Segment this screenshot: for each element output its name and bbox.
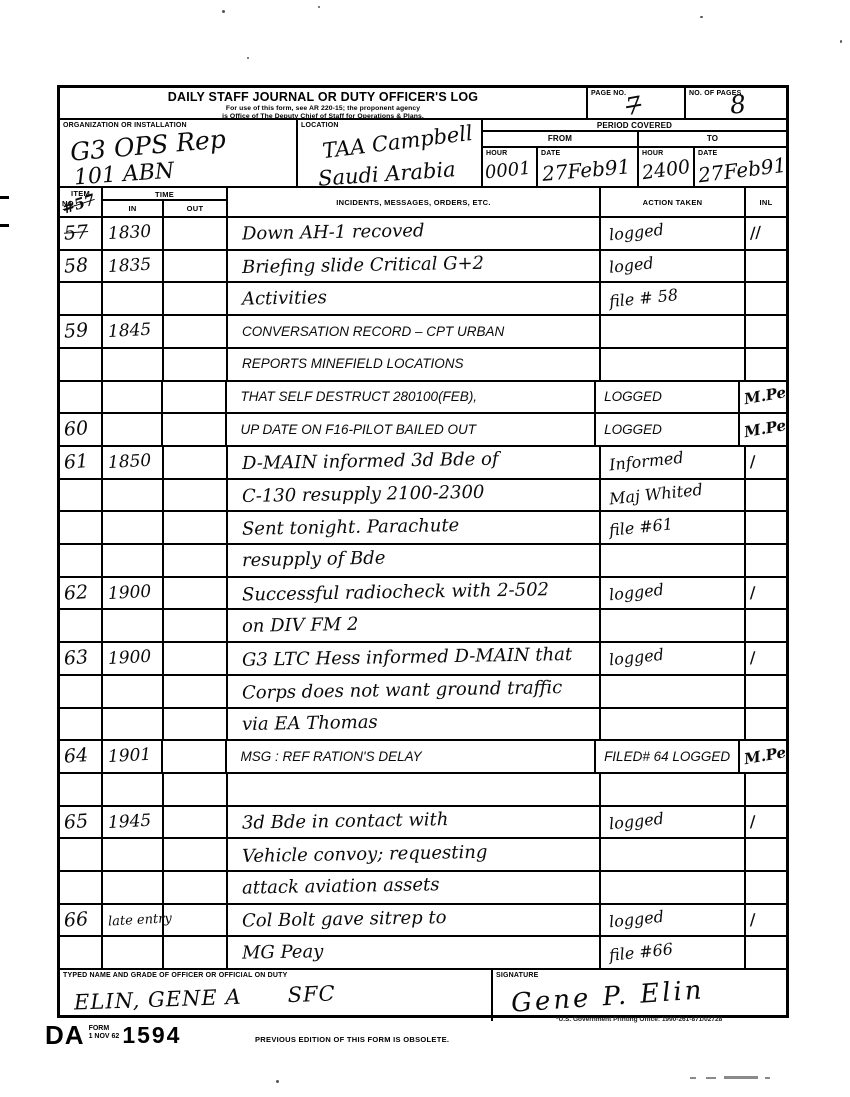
scan-dash [724,1076,758,1079]
row-action-cell: Informed [601,447,746,478]
row-time-out-cell [164,512,228,543]
row-time-out-cell [164,774,228,805]
row-initials-cell-text: ∕ [745,454,757,470]
journal-row: 60UP DATE ON F16-PILOT BAILED OUTLOGGEDM… [60,414,786,447]
row-time-in-cell [103,610,164,641]
journal-row: resupply of Bde [60,545,786,578]
form-number: 1594 [122,1024,181,1047]
journal-row: Vehicle convoy; requesting [60,839,786,872]
journal-row: 6519453d Bde in contact withlogged∕ [60,807,786,840]
row-incident-cell-text: Corps does not want ground traffic [228,679,563,703]
row-time-in-cell: 1850 [103,447,164,478]
row-item-cell: 64 [60,741,103,772]
row-incident-cell-text: via EA Thomas [228,714,378,735]
row-item-cell-text: 58 [59,256,88,277]
row-incident-cell: MG Peay [228,937,601,968]
scan-speck [276,1080,279,1083]
row-action-cell [601,349,746,380]
row-item-cell: 58 [60,251,103,282]
title-block: DAILY STAFF JOURNAL OR DUTY OFFICER'S LO… [60,88,588,118]
row-time-in-cell: 1900 [103,643,164,674]
row-incident-cell: Vehicle convoy; requesting [228,839,601,870]
from-hour-label: HOUR [483,148,536,157]
row-action-cell: file #61 [601,512,746,543]
row-action-cell-text [601,364,609,365]
row-incident-cell: C-130 resupply 2100-2300 [228,480,601,511]
row-action-cell-text: file #66 [600,941,673,964]
scan-mark [0,224,9,227]
row-time-out-cell [164,937,228,968]
row-incident-cell: Briefing slide Critical G+2 [228,251,601,282]
row-item-cell [60,839,103,870]
row-action-cell: loged [601,251,746,282]
row-time-in-cell-text: late entry [103,912,172,929]
scanned-da-form-1594-page: DAILY STAFF JOURNAL OR DUTY OFFICER'S LO… [0,0,850,1097]
form-word: FORM [89,1025,120,1033]
row-action-cell: LOGGED [596,414,740,445]
row-incident-cell-text: Down AH-1 recoved [228,223,425,244]
row-action-cell-text: Maj Whited [600,482,703,509]
journal-row: 621900Successful radiocheck with 2-502lo… [60,578,786,611]
row-item-cell [60,382,103,413]
period-covered-label: PERIOD COVERED [483,120,786,132]
row-incident-cell: REPORTS MINEFIELD LOCATIONS [228,349,601,380]
item-col-header: ITEM NO. #57 [60,188,103,216]
inl-col-header: INL [746,188,786,216]
row-incident-cell-text: Vehicle convoy; requesting [228,843,488,866]
row-item-cell [60,610,103,641]
row-initials-cell-text [746,266,750,267]
row-initials-cell [746,676,786,707]
row-initials-cell [746,774,786,805]
row-initials-cell-text: ∕∕ [745,225,762,242]
row-action-cell-text [601,691,609,692]
out-label: OUT [164,201,226,216]
row-action-cell-text [601,560,609,561]
row-time-in-cell-text: 1835 [103,256,152,276]
from-to-row: FROM TO [483,132,786,148]
incidents-label: INCIDENTS, MESSAGES, ORDERS, ETC. [336,198,491,207]
row-initials-cell [746,872,786,903]
row-incident-cell-text: Briefing slide Critical G+2 [228,255,484,277]
row-item-cell [60,774,103,805]
scan-dash [706,1077,716,1079]
journal-row: Sent tonight. Parachutefile #61 [60,512,786,545]
row-time-out-cell [164,643,228,674]
page-no-box: PAGE NO. 7 [588,88,686,118]
row-action-cell: logged [601,905,746,936]
row-initials-cell: ∕ [746,905,786,936]
row-time-out-cell [164,610,228,641]
row-initials-cell-text: M.Pe [739,745,787,768]
journal-row: 631900G3 LTC Hess informed D-MAIN thatlo… [60,643,786,676]
journal-row: attack aviation assets [60,872,786,905]
signature-value: Gene P. Elin [510,977,705,1016]
row-time-out-cell [164,480,228,511]
row-incident-cell: D-MAIN informed 3d Bde of [228,447,601,478]
row-time-in-cell-text: 1850 [103,453,152,473]
row-time-in-cell [103,709,164,740]
to-date-value: 27Feb91 [697,155,787,186]
row-time-in-cell: 1830 [103,218,164,249]
row-time-out-cell [164,839,228,870]
row-incident-cell: resupply of Bde [228,545,601,576]
from-date-value: 27Feb91 [541,156,631,184]
row-action-cell-text: logged [600,222,664,244]
journal-row: THAT SELF DESTRUCT 280100(FEB),LOGGEDM.P… [60,382,786,415]
journal-row: 66late entryCol Bolt gave sitrep tologge… [60,905,786,938]
row-initials-cell: ∕ [746,807,786,838]
row-item-cell [60,872,103,903]
journal-row [60,774,786,807]
row-item-cell-text: 62 [59,583,88,604]
row-action-cell: logged [601,643,746,674]
hour-date-row: HOUR 0001 DATE 27Feb91 HOUR 2400 DATE 27… [483,148,786,186]
signature-band: TYPED NAME AND GRADE OF OFFICER OR OFFIC… [60,968,786,1021]
da-form-1594: DAILY STAFF JOURNAL OR DUTY OFFICER'S LO… [57,85,789,1018]
row-action-cell-text [601,625,609,626]
row-item-cell-text: 57 [59,223,88,244]
row-action-cell-text: file #61 [600,516,673,539]
row-time-in-cell [103,414,163,445]
row-action-cell-text [601,887,609,888]
da-prefix: DA [45,1022,85,1048]
incidents-col-header: INCIDENTS, MESSAGES, ORDERS, ETC. [228,188,601,216]
row-incident-cell: G3 LTC Hess informed D-MAIN that [228,643,601,674]
row-initials-cell [746,709,786,740]
typed-name-label: TYPED NAME AND GRADE OF OFFICER OR OFFIC… [60,970,491,979]
gpo-note: *U.S. Government Printing Office: 1990-2… [556,1016,722,1023]
row-time-out-cell [164,283,228,314]
row-time-in-cell-text: 1830 [103,224,152,244]
row-initials-cell [746,283,786,314]
journal-row: Activitiesfile # 58 [60,283,786,316]
row-time-in-cell: 1900 [103,578,164,609]
row-action-cell [601,316,746,347]
row-incident-cell: on DIV FM 2 [228,610,601,641]
row-action-cell [601,774,746,805]
row-time-in-cell: 1945 [103,807,164,838]
row-initials-cell-text: M.Pe [739,418,787,441]
scan-speck [318,6,320,8]
row-time-out-cell [163,741,226,772]
row-time-out-cell [164,545,228,576]
row-time-in-cell [103,512,164,543]
row-initials-cell-text [746,724,750,725]
row-incident-cell: THAT SELF DESTRUCT 280100(FEB), [227,382,597,413]
row-item-cell [60,512,103,543]
row-incident-cell: Successful radiocheck with 2-502 [228,578,601,609]
row-initials-cell [746,251,786,282]
row-incident-cell-text: 3d Bde in contact with [228,811,449,833]
row-item-cell-text: 60 [59,419,88,440]
row-item-cell-text: 64 [59,746,88,767]
row-incident-cell-text: Activities [228,289,327,309]
row-time-in-cell [103,382,163,413]
from-label: FROM [483,132,639,146]
row-initials-cell [746,512,786,543]
row-initials-cell [746,937,786,968]
journal-row: 571830Down AH-1 recovedlogged∕∕ [60,218,786,251]
action-col-header: ACTION TAKEN [601,188,746,216]
scan-dash [690,1077,696,1079]
row-action-cell: LOGGED [596,382,740,413]
row-incident-cell: Col Bolt gave sitrep to [228,905,601,936]
row-action-cell: Maj Whited [601,480,746,511]
in-out-subheader: IN OUT [103,201,226,216]
row-action-cell-text: LOGGED [596,423,662,437]
row-action-cell-text [601,789,609,790]
row-initials-cell [746,349,786,380]
row-item-cell [60,480,103,511]
row-item-cell-text: 61 [59,452,88,473]
row-initials-cell-text [746,364,750,365]
scan-speck [222,10,225,13]
row-item-cell: 57 [60,218,103,249]
row-incident-cell-text: MSG : REF RATION'S DELAY [227,750,422,764]
journal-row: 581835Briefing slide Critical G+2loged [60,251,786,284]
row-time-out-cell [164,447,228,478]
row-action-cell-text: LOGGED [596,390,662,404]
row-time-in-cell: late entry [103,905,164,936]
row-initials-cell: ∕∕ [746,218,786,249]
row-time-out-cell [163,382,226,413]
row-action-cell-text: file # 58 [600,287,678,311]
row-incident-cell-text: G3 LTC Hess informed D-MAIN that [228,646,572,670]
row-item-cell [60,709,103,740]
location-line2: Saudi Arabia [317,159,456,190]
form-number-block: DA FORM 1 NOV 62 1594 [45,1022,181,1048]
journal-rows: 571830Down AH-1 recovedlogged∕∕581835Bri… [60,218,786,968]
form-title-band: DAILY STAFF JOURNAL OR DUTY OFFICER'S LO… [60,88,786,120]
row-time-in-cell [103,676,164,707]
no-of-pages-value: 8 [729,91,747,118]
from-hour-value: 0001 [484,160,531,183]
time-col-header: TIME IN OUT [103,188,228,216]
row-time-out-cell [164,709,228,740]
row-action-cell: FILED# 64 LOGGED [596,741,740,772]
row-action-cell: logged [601,807,746,838]
obsolete-note: PREVIOUS EDITION OF THIS FORM IS OBSOLET… [255,1035,449,1044]
row-incident-cell: 3d Bde in contact with [228,807,601,838]
journal-row: 611850D-MAIN informed 3d Bde ofInformed∕ [60,447,786,480]
row-time-out-cell [164,349,228,380]
row-initials-cell [746,610,786,641]
row-action-cell-text: logged [600,811,664,833]
row-initials-cell [746,839,786,870]
row-initials-cell-text: M.Pe [739,385,787,408]
row-time-in-cell [103,774,164,805]
row-time-out-cell [163,414,226,445]
row-incident-cell: UP DATE ON F16-PILOT BAILED OUT [227,414,597,445]
journal-row: Corps does not want ground traffic [60,676,786,709]
row-item-cell-text: 66 [59,910,88,931]
row-initials-cell-text: ∕ [745,814,757,830]
row-incident-cell: MSG : REF RATION'S DELAY [227,741,597,772]
row-initials-cell-text [746,298,750,299]
row-item-cell: 61 [60,447,103,478]
row-item-cell-text: 63 [59,648,88,669]
row-action-cell [601,709,746,740]
row-initials-cell-text [746,789,750,790]
row-time-in-cell-text: 1845 [103,322,152,342]
row-action-cell [601,839,746,870]
row-time-out-cell [164,807,228,838]
scan-speck [700,16,703,18]
to-label: TO [639,132,786,146]
row-incident-cell: Corps does not want ground traffic [228,676,601,707]
row-time-in-cell: 1901 [103,741,163,772]
signature-box: SIGNATURE Gene P. Elin [493,970,786,1021]
scan-speck [840,40,842,43]
row-action-cell-text: logged [600,647,664,669]
row-action-cell-text: loged [600,255,654,276]
row-incident-cell-text: on DIV FM 2 [228,616,359,636]
row-action-cell [601,676,746,707]
journal-row: MG Peayfile #66 [60,937,786,968]
row-initials-cell: ∕ [746,643,786,674]
typed-name-box: TYPED NAME AND GRADE OF OFFICER OR OFFIC… [60,970,493,1021]
row-initials-cell: M.Pe [740,741,786,772]
row-item-cell-text: 65 [59,812,88,833]
row-time-out-cell [164,316,228,347]
journal-row: C-130 resupply 2100-2300Maj Whited [60,480,786,513]
row-initials-cell-text [746,625,750,626]
to-date-box: DATE 27Feb91 [695,148,786,186]
row-time-in-cell-text: 1945 [103,812,152,832]
row-incident-cell-text: REPORTS MINEFIELD LOCATIONS [228,357,464,371]
organization-line2: 101 ABN [73,161,175,190]
row-initials-cell-text: ∕ [745,585,757,601]
row-action-cell: file #66 [601,937,746,968]
row-action-cell: file # 58 [601,283,746,314]
row-incident-cell: CONVERSATION RECORD – CPT URBAN [228,316,601,347]
row-initials-cell-text [746,560,750,561]
row-time-in-cell [103,839,164,870]
row-time-in-cell: 1835 [103,251,164,282]
row-item-cell: 63 [60,643,103,674]
row-time-out-cell [164,872,228,903]
row-action-cell-text [601,854,609,855]
row-initials-cell-text [746,887,750,888]
form-subtitle-line1: For use of this form, see AR 220-15; the… [60,105,586,113]
row-incident-cell-text: resupply of Bde [228,550,386,571]
to-hour-box: HOUR 2400 [639,148,695,186]
row-time-in-cell [103,872,164,903]
row-initials-cell-text: ∕ [745,650,757,666]
time-label: TIME [103,188,226,201]
row-item-cell: 60 [60,414,103,445]
row-initials-cell: M.Pe [740,414,786,445]
row-time-in-cell-text: 1900 [103,649,152,669]
row-time-out-cell [164,251,228,282]
journal-row: 591845CONVERSATION RECORD – CPT URBAN [60,316,786,349]
row-time-out-cell [164,578,228,609]
row-incident-cell: via EA Thomas [228,709,601,740]
organization-box: ORGANIZATION OR INSTALLATION G3 OPS Rep … [60,120,298,186]
row-action-cell [601,610,746,641]
row-initials-cell: M.Pe [740,382,786,413]
row-initials-cell-text [746,331,750,332]
row-time-out-cell [164,676,228,707]
row-item-cell: 59 [60,316,103,347]
row-time-in-cell-text: 1900 [103,583,152,603]
row-initials-cell: ∕ [746,447,786,478]
row-incident-cell-text: Sent tonight. Parachute [228,517,460,539]
row-incident-cell: Sent tonight. Parachute [228,512,601,543]
row-item-cell [60,545,103,576]
row-action-cell [601,872,746,903]
row-item-cell: 62 [60,578,103,609]
row-incident-cell-text: THAT SELF DESTRUCT 280100(FEB), [227,390,478,404]
scan-dash [765,1077,770,1079]
row-initials-cell-text [746,691,750,692]
row-initials-cell-text [746,527,750,528]
row-time-in-cell [103,937,164,968]
row-initials-cell [746,480,786,511]
row-item-cell: 65 [60,807,103,838]
row-item-cell [60,349,103,380]
row-incident-cell: Down AH-1 recoved [228,218,601,249]
row-initials-cell [746,545,786,576]
row-item-cell: 66 [60,905,103,936]
row-incident-cell-text: D-MAIN informed 3d Bde of [228,451,499,474]
from-date-box: DATE 27Feb91 [538,148,639,186]
row-initials-cell-text: ∕ [745,912,757,928]
row-action-cell-text: Informed [600,450,684,475]
from-hour-box: HOUR 0001 [483,148,538,186]
row-time-in-cell-text: 1901 [102,747,151,767]
row-incident-cell-text: Successful radiocheck with 2-502 [228,581,549,605]
row-action-cell-text [601,331,609,332]
row-action-cell: logged [601,218,746,249]
to-hour-value: 2400 [641,158,692,184]
journal-row: via EA Thomas [60,709,786,742]
row-initials-cell [746,316,786,347]
row-time-out-cell [164,905,228,936]
row-action-cell: logged [601,578,746,609]
row-item-cell-text: 59 [59,321,88,342]
row-initials-cell-text [746,854,750,855]
no-of-pages-box: NO. OF PAGES 8 [686,88,786,118]
row-action-cell-text: FILED# 64 LOGGED [596,750,730,764]
row-time-in-cell [103,480,164,511]
row-action-cell-text [601,723,609,724]
row-incident-cell: Activities [228,283,601,314]
inl-label: INL [760,198,773,207]
in-label: IN [103,201,164,216]
journal-row: 641901MSG : REF RATION'S DELAYFILED# 64 … [60,741,786,774]
row-time-out-cell [164,218,228,249]
row-time-in-cell [103,349,164,380]
row-initials-cell-text [746,495,750,496]
action-taken-label: ACTION TAKEN [643,198,703,207]
journal-row: on DIV FM 2 [60,610,786,643]
row-time-in-cell [103,283,164,314]
scan-speck [247,57,249,59]
journal-row: REPORTS MINEFIELD LOCATIONS [60,349,786,382]
location-box: LOCATION TAA Campbell Saudi Arabia [298,120,483,186]
row-incident-cell-text: UP DATE ON F16-PILOT BAILED OUT [227,423,477,437]
row-incident-cell-text: Col Bolt gave sitrep to [228,909,447,931]
form-title: DAILY STAFF JOURNAL OR DUTY OFFICER'S LO… [60,91,586,105]
row-incident-cell-text: C-130 resupply 2100-2300 [228,484,485,506]
row-time-in-cell [103,545,164,576]
row-incident-cell: attack aviation assets [228,872,601,903]
form-edition-date: 1 NOV 62 [89,1033,120,1041]
row-action-cell-text: logged [600,909,664,931]
row-initials-cell: ∕ [746,578,786,609]
